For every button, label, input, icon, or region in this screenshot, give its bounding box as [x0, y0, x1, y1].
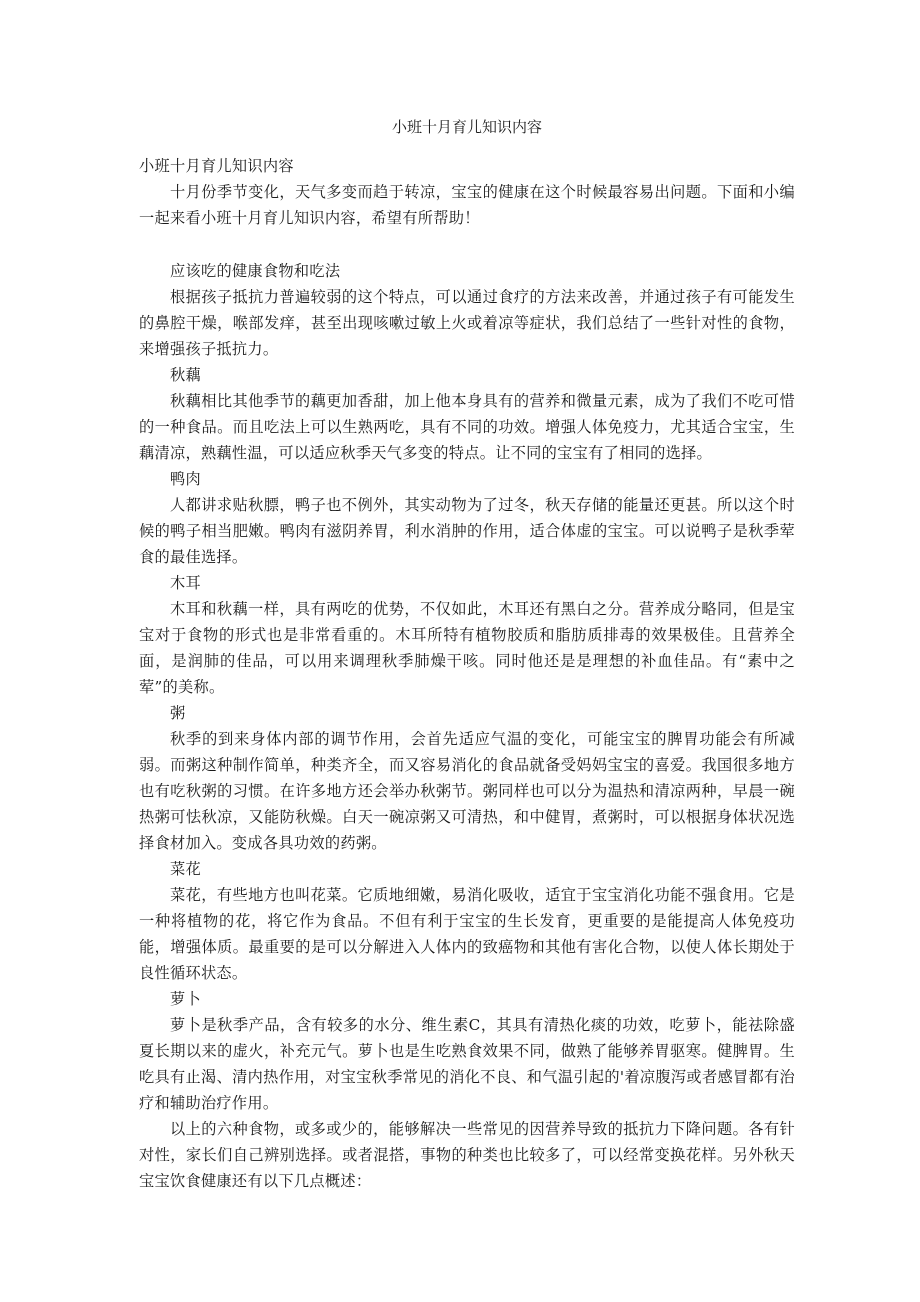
document-subtitle: 小班十月育儿知识内容	[139, 153, 795, 179]
food-heading-radish: 萝卜	[139, 986, 795, 1012]
food-heading-porridge: 粥	[139, 700, 795, 726]
food-paragraph-radish: 萝卜是秋季产品，含有较多的水分、维生素C，其具有清热化痰的功效，吃萝卜，能祛除盛…	[139, 1012, 795, 1116]
section-heading: 应该吃的健康食物和吃法	[139, 258, 795, 284]
food-heading-duck: 鸭肉	[139, 466, 795, 492]
section-intro-paragraph: 根据孩子抵抗力普遍较弱的这个特点，可以通过食疗的方法来改善，并通过孩子有可能发生…	[139, 284, 795, 362]
food-heading-lotus-root: 秋藕	[139, 362, 795, 388]
food-paragraph-wood-ear: 木耳和秋藕一样，具有两吃的优势，不仅如此，木耳还有黑白之分。营养成分略同，但是宝…	[139, 596, 795, 700]
blank-line	[139, 231, 795, 258]
food-heading-wood-ear: 木耳	[139, 570, 795, 596]
conclusion-paragraph: 以上的六种食物，或多或少的，能够解决一些常见的因营养导致的抵抗力下降问题。各有针…	[139, 1116, 795, 1194]
food-paragraph-lotus-root: 秋藕相比其他季节的藕更加香甜，加上他本身具有的营养和微量元素，成为了我们不吃可惜…	[139, 388, 795, 466]
document-title: 小班十月育儿知识内容	[139, 115, 795, 139]
document-page: 小班十月育儿知识内容 小班十月育儿知识内容 十月份季节变化，天气多变而趋于转凉，…	[139, 115, 795, 1194]
intro-paragraph: 十月份季节变化，天气多变而趋于转凉，宝宝的健康在这个时候最容易出问题。下面和小编…	[139, 179, 795, 231]
food-heading-cauliflower: 菜花	[139, 856, 795, 882]
food-paragraph-duck: 人都讲求贴秋膘，鸭子也不例外，其实动物为了过冬，秋天存储的能量还更甚。所以这个时…	[139, 492, 795, 570]
food-paragraph-porridge: 秋季的到来身体内部的调节作用，会首先适应气温的变化，可能宝宝的脾胃功能会有所减弱…	[139, 726, 795, 856]
food-paragraph-cauliflower: 菜花，有些地方也叫花菜。它质地细嫩，易消化吸收，适宜于宝宝消化功能不强食用。它是…	[139, 882, 795, 986]
